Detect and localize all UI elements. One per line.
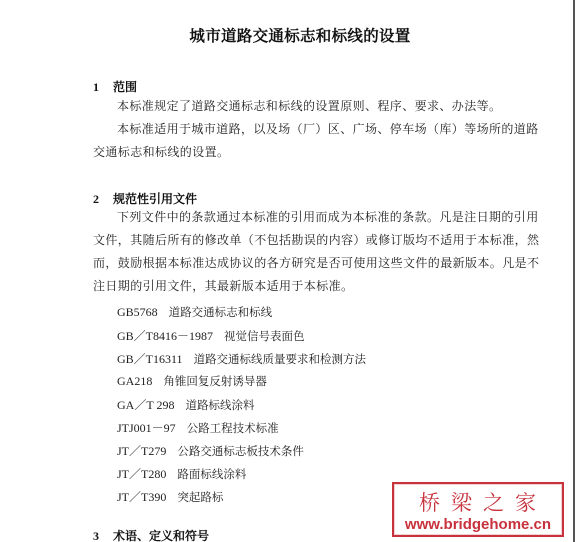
reference-name: 道路交通标线质量要求和检测方法 [194,352,367,366]
reference-item: JT／T280路面标线涂料 [117,465,246,482]
reference-name: 公路工程技术标准 [187,421,279,435]
section-3-heading: 3术语、定义和符号 [93,527,209,542]
reference-code: GA218 [117,374,152,388]
reference-code: JT／T390 [117,490,166,504]
paragraph: 交通标志和标线的设置。 [93,141,229,165]
document-page: 城市道路交通标志和标线的设置 1范围 本标准规定了道路交通标志和标线的设置原则、… [0,0,573,542]
section-1-heading: 1范围 [93,78,137,95]
paragraph: 本标准适用于城市道路，以及场（厂）区、广场、停车场（库）等场所的道路 [117,118,539,142]
reference-item: JT／T390突起路标 [117,488,223,505]
watermark-url: www.bridgehome.cn [394,516,562,533]
paragraph: 本标准规定了道路交通标志和标线的设置原则、程序、要求、办法等。 [117,95,501,119]
section-title: 范围 [113,80,137,94]
section-number: 1 [93,80,113,95]
watermark-text: 桥梁之家 [394,487,562,517]
reference-item: JTJ001－97公路工程技术标准 [117,419,279,436]
section-2-heading: 2规范性引用文件 [93,190,197,207]
reference-item: JT／T279公路交通标志板技术条件 [117,442,304,459]
watermark-stamp: 桥梁之家 www.bridgehome.cn [392,482,564,537]
paragraph: 文件，其随后所有的修改单（不包括勘误的内容）或修订版均不适用于本标准，然 [93,229,539,253]
reference-name: 角锥回复反射诱导器 [163,374,267,388]
section-title: 术语、定义和符号 [113,529,209,542]
section-number: 3 [93,529,113,542]
reference-item: GA／T 298道路标线涂料 [117,396,254,413]
reference-code: GB5768 [117,305,158,319]
paragraph: 而，鼓励根据本标准达成协议的各方研究是否可使用这些文件的最新版本。凡是不 [93,252,539,276]
section-number: 2 [93,192,113,207]
reference-code: GB／T16311 [117,352,183,366]
reference-name: 路面标线涂料 [177,467,246,481]
paragraph: 注日期的引用文件，其最新版本适用于本标准。 [93,275,353,299]
reference-code: GA／T 298 [117,398,174,412]
reference-item: GA218角锥回复反射诱导器 [117,373,267,389]
document-title: 城市道路交通标志和标线的设置 [0,24,575,46]
paragraph: 下列文件中的条款通过本标准的引用而成为本标准的条款。凡是注日期的引用 [117,206,539,230]
reference-code: GB／T8416－1987 [117,329,213,343]
reference-name: 突起路标 [177,490,223,504]
reference-name: 道路交通标志和标线 [169,305,273,319]
section-title: 规范性引用文件 [113,192,197,206]
reference-name: 视觉信号表面色 [224,329,305,343]
reference-code: JTJ001－97 [117,421,176,435]
reference-code: JT／T279 [117,444,166,458]
reference-name: 公路交通标志板技术条件 [177,444,304,458]
reference-code: JT／T280 [117,467,166,481]
reference-name: 道路标线涂料 [185,398,254,412]
reference-item: GB／T8416－1987视觉信号表面色 [117,327,305,344]
reference-item: GB5768道路交通标志和标线 [117,304,272,320]
reference-item: GB／T16311道路交通标线质量要求和检测方法 [117,350,366,367]
